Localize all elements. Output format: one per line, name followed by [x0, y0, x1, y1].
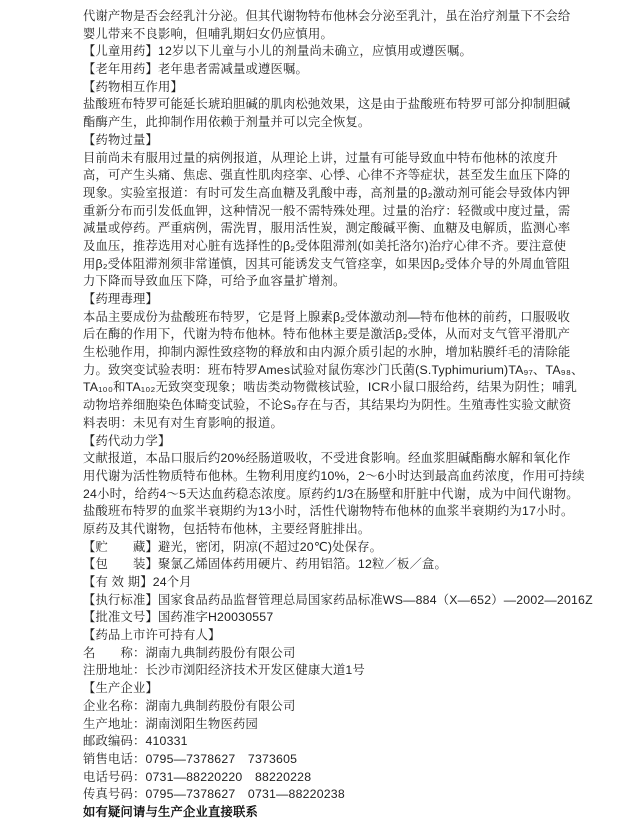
section-geriatric-use: 【老年用药】老年患者需减量或遵医嘱。 — [83, 61, 565, 79]
doc-line: 目前尚未有服用过量的病例报道，从理论上讲，过量有可能导致血中特布他林的浓度升 — [83, 150, 565, 168]
field-storage: 【贮 藏】避光，密闭，阴凉(不超过20℃)处保存。 — [83, 539, 565, 557]
field-postal-code: 邮政编码：410331 — [83, 733, 565, 751]
section-overdose-heading: 【药物过量】 — [83, 132, 565, 150]
doc-line: 及血压，推荐选用对心脏有选择性的β₂受体阻滞剂(如美托洛尔)治疗心律不齐。要注意… — [83, 238, 565, 256]
doc-line: 用β₂受体阻滞剂须非常谨慎，因其可能诱发支气管痉挛，如果因β₂受体介导的外周血管… — [83, 256, 565, 274]
doc-line: 盐酸班布特罗的血浆半衰期约为13小时，活性代谢物特布他林的血浆半衰期约为17小时… — [83, 503, 565, 521]
drug-leaflet-page: 代谢产物是否会经乳汁分泌。但其代谢物特布他林会分泌至乳汁，虽在治疗剂量下不会给 … — [0, 0, 635, 822]
contact-notice: 如有疑问请与生产企业直接联系 — [83, 804, 565, 822]
doc-line: 原药及其代谢物，包括特布他林，主要经肾脏排出。 — [83, 521, 565, 539]
doc-line: 文献报道，本品口服后约20%经肠道吸收，不受进食影响。经血浆胆碱酯酶水解和氧化作 — [83, 450, 565, 468]
doc-line: 现象。实验室报道：有时可发生高血糖及乳酸中毒，高剂量的β₂激动剂可能会导致体内钾 — [83, 185, 565, 203]
section-pharmacokinetics-heading: 【药代动力学】 — [83, 433, 565, 451]
doc-line: TA₁₀₀和TA₁₀₂无致突变现象；啮齿类动物微核试验，ICR小鼠口服给药，结果… — [83, 379, 565, 397]
doc-line: 减量或停药。严重病例，需洗胃，服用活性炭，测定酸碱平衡、血糖及电解质，监测心率 — [83, 220, 565, 238]
field-mah-registered-address: 注册地址：长沙市浏阳经济技术开发区健康大道1号 — [83, 662, 565, 680]
doc-line: 高，可产生头痛、焦虑、强直性肌肉痉挛、心悸、心律不齐等症状，甚至发生血压下降的 — [83, 167, 565, 185]
doc-line: 代谢产物是否会经乳汁分泌。但其代谢物特布他林会分泌至乳汁，虽在治疗剂量下不会给 — [83, 8, 565, 26]
field-shelf-life: 【有 效 期】24个月 — [83, 574, 565, 592]
doc-line: 力。致突变试验表明：班布特罗Ames试验对鼠伤寒沙门氏菌(S.Typhimuri… — [83, 362, 565, 380]
doc-line: 盐酸班布特罗可能延长琥珀胆碱的肌肉松弛效果，这是由于盐酸班布特罗可部分抑制胆碱 — [83, 96, 565, 114]
field-approval-number: 【批准文号】国药准字H20030557 — [83, 609, 565, 627]
doc-line: 24小时，给药4～5天达血药稳态浓度。原药约1/3在肠壁和肝脏中代谢，成为中间代… — [83, 486, 565, 504]
field-production-address: 生产地址：湖南浏阳生物医药园 — [83, 716, 565, 734]
doc-line: 本品主要成份为盐酸班布特罗，它是肾上腺素β₂受体激动剂—特布他林的前药，口服吸收 — [83, 309, 565, 327]
doc-line: 动物培养细胞染色体畸变试验，不论S₉存在与否，其结果均为阴性。生殖毒性实验文献资 — [83, 397, 565, 415]
section-manufacturer-heading: 【生产企业】 — [83, 680, 565, 698]
doc-line: 酯酶产生，此抑制作用依赖于剂量并可以完全恢复。 — [83, 114, 565, 132]
field-executive-standard: 【执行标准】国家食品药品监督管理总局国家药品标准WS—884（X—652）—20… — [83, 592, 565, 610]
doc-line: 力下降而导致血压下降，可给予血容量扩增剂。 — [83, 273, 565, 291]
field-company-name: 企业名称：湖南九典制药股份有限公司 — [83, 698, 565, 716]
field-fax-number: 传真号码：0795—7378627 0731—88220238 — [83, 786, 565, 804]
doc-line: 后在酶的作用下，代谢为特布他林。特布他林主要是激活β₂受体，从而对支气管平滑肌产 — [83, 326, 565, 344]
section-marketing-authorization-holder-heading: 【药品上市许可持有人】 — [83, 627, 565, 645]
doc-line: 料表明：未见有对生育影响的报道。 — [83, 415, 565, 433]
section-pediatric-use: 【儿童用药】12岁以下儿童与小儿的剂量尚未确立，应慎用或遵医嘱。 — [83, 43, 565, 61]
doc-line: 用代谢为活性物质特布他林。生物利用度约10%，2～6小时达到最高血药浓度，作用可… — [83, 468, 565, 486]
doc-line: 重新分布而引发低血钾，这种情况一般不需特殊处理。过量的治疗：轻微或中度过量，需 — [83, 203, 565, 221]
section-pharmacology-toxicology-heading: 【药理毒理】 — [83, 291, 565, 309]
field-phone-number: 电话号码：0731—88220220 88220228 — [83, 769, 565, 787]
doc-line: 婴儿带来不良影响，但哺乳期妇女仍应慎用。 — [83, 26, 565, 44]
doc-line: 生松驰作用，抑制内源性致痉物的释放和由内源介质引起的水肿，增加粘膜纤毛的清除能 — [83, 344, 565, 362]
section-drug-interactions-heading: 【药物相互作用】 — [83, 79, 565, 97]
field-packaging: 【包 装】聚氯乙烯固体药用硬片、药用铝箔。12粒／板／盒。 — [83, 556, 565, 574]
field-sales-phone: 销售电话：0795—7378627 7373605 — [83, 751, 565, 769]
field-mah-name: 名 称：湖南九典制药股份有限公司 — [83, 645, 565, 663]
